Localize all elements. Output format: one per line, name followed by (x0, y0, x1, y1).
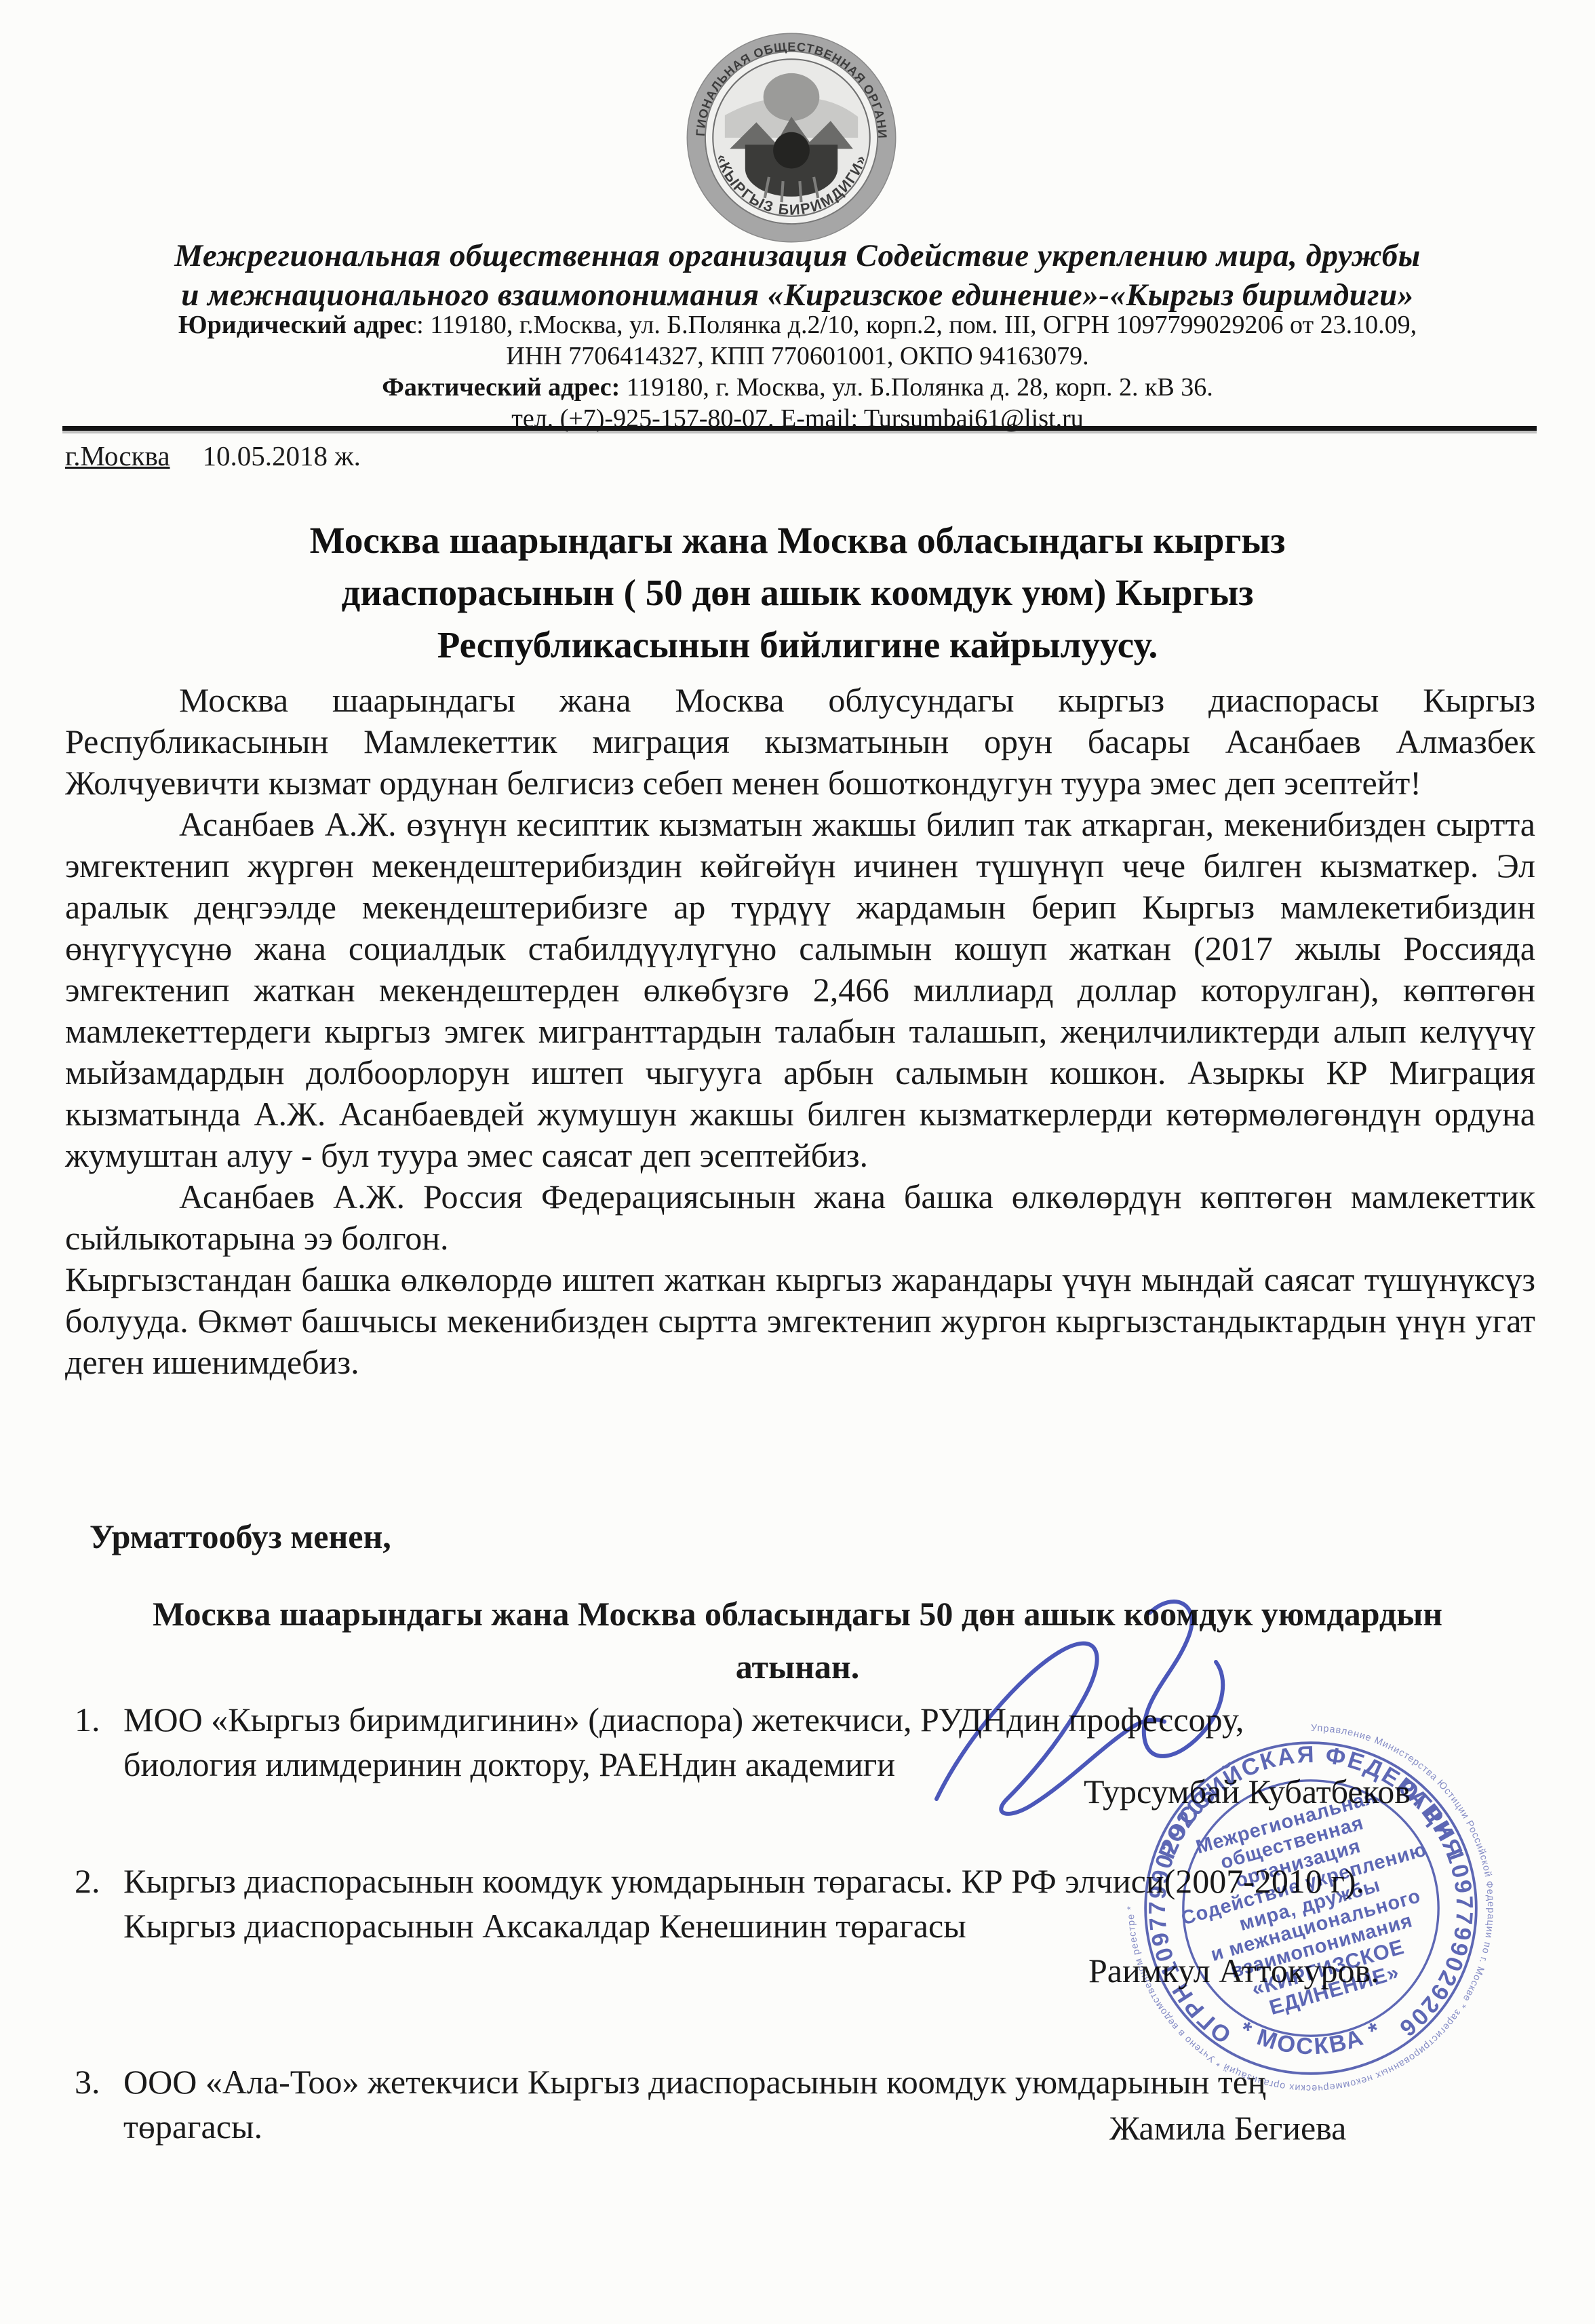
legal-address-value: : 119180, г.Москва, ул. Б.Полянка д.2/10… (416, 311, 1417, 339)
legal-address-line: Юридический адрес: 119180, г.Москва, ул.… (0, 309, 1595, 341)
title-line1: Москва шаарындагы жана Москва обласындаг… (0, 514, 1595, 566)
on-behalf-statement: Москва шаарындагы жана Москва обласындаг… (0, 1587, 1595, 1693)
registration-numbers-line: ИНН 7706414327, КПП 770601001, ОКПО 9416… (0, 341, 1595, 372)
signatory-3-line2: төрагасы. (123, 2104, 1266, 2149)
actual-address-value: 119180, г. Москва, ул. Б.Полянка д. 28, … (620, 373, 1213, 402)
organization-emblem-icon: МЕЖРЕГИОНАЛЬНАЯ ОБЩЕСТВЕННАЯ ОРГАНИЗАЦИЯ… (686, 33, 897, 243)
body-paragraph-3: Асанбаев А.Ж. Россия Федерациясынын жана… (65, 1176, 1535, 1259)
title-line3: Республикасынын бийлигине кайрылуусу. (0, 619, 1595, 671)
body-paragraph-1: Москва шаарындагы жана Москва облусундаг… (65, 680, 1535, 804)
stamp-arc-bottom-text: * МОСКВА * (1236, 2017, 1386, 2060)
letter-body: Москва шаарындагы жана Москва облусундаг… (65, 680, 1535, 1383)
letterhead-organization-name: Межрегиональная общественная организация… (0, 236, 1595, 315)
on-behalf-line1: Москва шаарындагы жана Москва обласындаг… (0, 1587, 1595, 1640)
official-round-stamp: Управление Министерства Юстиции Российск… (1116, 1713, 1506, 2104)
body-paragraph-4: Кыргызстандан башка өлкөлордө иштеп жатк… (65, 1259, 1535, 1383)
dateline: г.Москва10.05.2018 ж. (65, 440, 361, 472)
header-divider-rule (62, 426, 1537, 431)
actual-address-line: Фактический адрес: 119180, г. Москва, ул… (0, 372, 1595, 403)
svg-text:* МОСКВА *: * МОСКВА * (1236, 2017, 1386, 2060)
emblem-sun (764, 73, 820, 121)
document-title: Москва шаарындагы жана Москва обласындаг… (0, 514, 1595, 671)
letter-page: МЕЖРЕГИОНАЛЬНАЯ ОБЩЕСТВЕННАЯ ОРГАНИЗАЦИЯ… (0, 0, 1595, 2324)
on-behalf-line2: атынан. (0, 1640, 1595, 1693)
stamp-inner-text-block: Межрегиональная общественная организация… (1161, 1777, 1459, 2036)
actual-address-label: Фактический адрес: (382, 373, 620, 402)
legal-address-label: Юридический адрес (178, 311, 416, 339)
signatory-3-description: ООО «Ала-Тоо» жетекчиси Кыргыз диаспорас… (123, 2059, 1266, 2149)
dateline-date: 10.05.2018 ж. (203, 440, 361, 471)
signatory-1-number: 1. (75, 1697, 123, 1787)
signatory-3-name: Жамила Бегиева (1109, 2108, 1346, 2148)
emblem-center-disc (773, 132, 810, 169)
title-line2: диаспорасынын ( 50 дөн ашык коомдук уюм)… (0, 566, 1595, 619)
signatory-3-line1: ООО «Ала-Тоо» жетекчиси Кыргыз диаспорас… (123, 2059, 1266, 2104)
body-paragraph-2: Асанбаев А.Ж. өзүнүн кесиптик кызматын ж… (65, 804, 1535, 1176)
letterhead-addresses: Юридический адрес: 119180, г.Москва, ул.… (0, 309, 1595, 434)
signatory-2-number: 2. (75, 1859, 123, 1948)
signatory-3-number: 3. (75, 2059, 123, 2149)
dateline-city: г.Москва (65, 440, 170, 471)
closing-salutation: Урматтообуз менен, (90, 1517, 391, 1556)
